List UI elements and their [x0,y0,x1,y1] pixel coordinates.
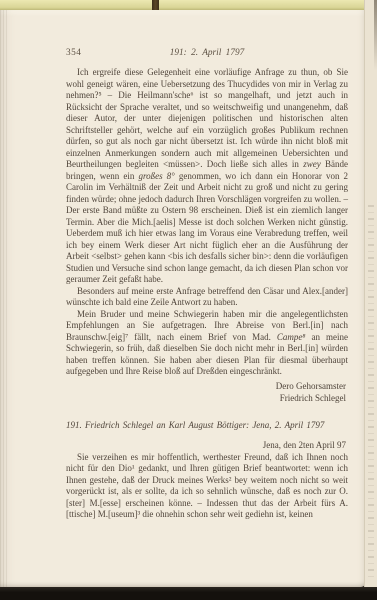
book-top-edge [0,0,377,10]
book-scan: 354 191: 2. April 1797 Ich ergreife dies… [0,0,377,600]
letter-190-paragraph-1: Ich ergreife diese Gelegenheit eine vorl… [66,67,348,286]
scanned-page: 354 191: 2. April 1797 Ich ergreife dies… [0,10,366,587]
signature-line-name: Friedrich Schlegel [66,392,346,404]
letter-191-heading: 191. Friedrich Schlegel an Karl August B… [66,420,348,432]
signature-block: Dero Gehorsamster Friedrich Schlegel [66,380,348,404]
letter-190-paragraph-2: Besonders auf meine erste Anfrage betref… [66,286,348,309]
letter-191-dateline: Jena, den 2ten April 97 [66,440,348,452]
page-content: 354 191: 2. April 1797 Ich ergreife dies… [0,10,366,521]
ribbon-marker [152,0,159,10]
signature-line-closing: Dero Gehorsamster [66,380,346,392]
running-header: 354 191: 2. April 1797 [66,48,348,61]
running-title: 191: 2. April 1797 [66,48,348,58]
page-number: 354 [66,48,81,58]
adjacent-page-edge [364,0,377,587]
adjacent-page-text-showthrough [368,205,374,579]
letter-190-paragraph-3: Mein Bruder und meine Schwiegerin haben … [66,309,348,378]
letter-191-paragraph-1: Sie verzeihen es mir hoffentlich, werthe… [66,452,348,521]
scanner-bed [0,587,377,600]
